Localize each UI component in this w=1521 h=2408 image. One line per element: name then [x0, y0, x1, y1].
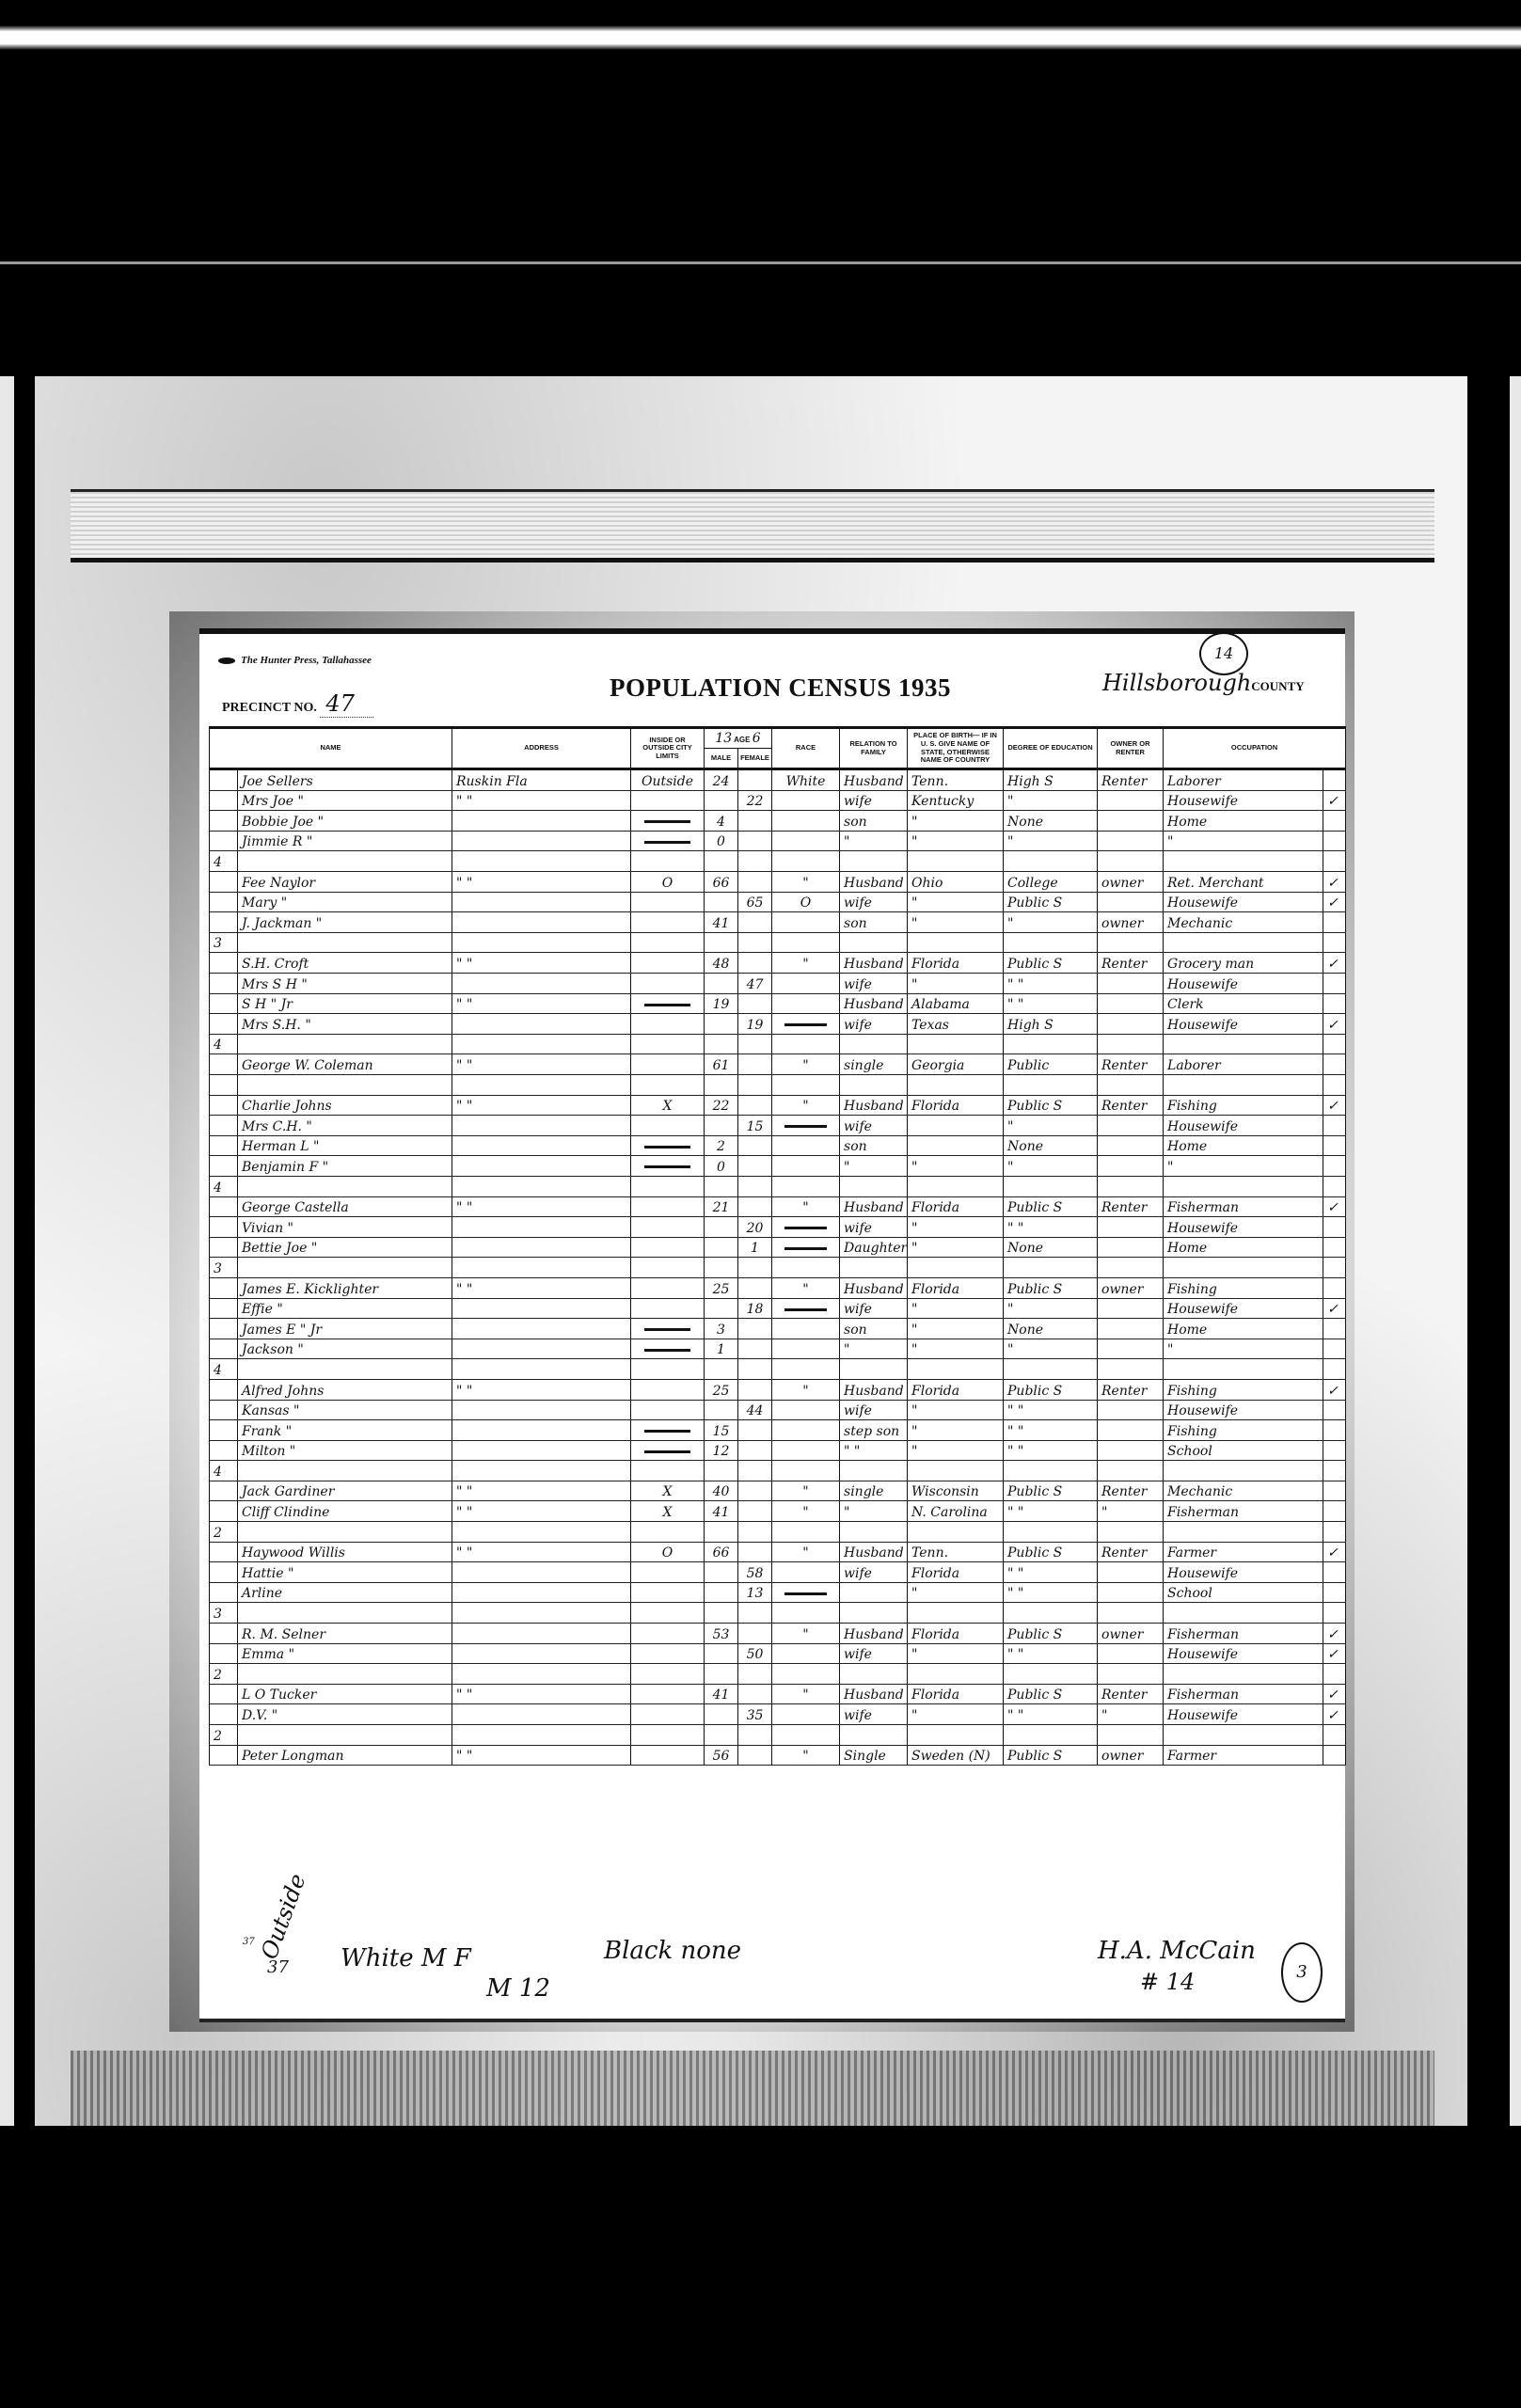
occupation: Fishing	[1164, 1420, 1323, 1441]
relation: Husband	[840, 993, 908, 1014]
occupation: Grocery man	[1164, 953, 1323, 974]
occupation: Housewife	[1164, 1298, 1323, 1319]
person-name: Jackson "	[238, 1339, 452, 1359]
address	[452, 1339, 631, 1359]
dash-mark	[784, 1592, 826, 1595]
education: Public S	[1004, 1379, 1098, 1400]
race	[772, 932, 840, 953]
birthplace: Wisconsin	[908, 1481, 1004, 1501]
family-size	[210, 1135, 238, 1156]
race	[772, 1562, 840, 1583]
age-female	[738, 1461, 772, 1481]
table-row: Fee Naylor" "O66"HusbandOhioCollegeowner…	[210, 872, 1346, 893]
dash-mark	[644, 1430, 689, 1433]
table-row: Bettie Joe "1Daughter"NoneHome	[210, 1237, 1346, 1258]
address	[452, 811, 631, 832]
check-mark-icon	[1323, 1135, 1346, 1156]
person-name: L O Tucker	[238, 1684, 452, 1704]
education: "	[1004, 831, 1098, 851]
address: " "	[452, 1095, 631, 1116]
family-size	[210, 993, 238, 1014]
race	[772, 1135, 840, 1156]
census-sheet: The Hunter Press, Tallahassee PRECINCT N…	[199, 628, 1345, 2019]
education: Public S	[1004, 1745, 1098, 1766]
col-header-male: Male	[705, 749, 738, 769]
table-row: Mrs C.H. "15wife"Housewife	[210, 1116, 1346, 1136]
table-row: Arline13"" "School	[210, 1582, 1346, 1603]
city-limits	[631, 1196, 705, 1217]
relation: step son	[840, 1420, 908, 1441]
family-size: 2	[210, 1522, 238, 1543]
education: High S	[1004, 1014, 1098, 1035]
relation: Single	[840, 1745, 908, 1766]
age-male	[705, 1359, 738, 1380]
table-row: Jimmie R "0""""	[210, 831, 1346, 851]
race: "	[772, 1196, 840, 1217]
footer-black-tally: Black none	[604, 1937, 741, 1965]
education	[1004, 1725, 1098, 1746]
race	[772, 851, 840, 872]
occupation	[1164, 1258, 1323, 1278]
education: " "	[1004, 1643, 1098, 1664]
birthplace: Florida	[908, 1379, 1004, 1400]
age-female	[738, 1379, 772, 1400]
person-name: James E " Jr	[238, 1319, 452, 1339]
birthplace: "	[908, 1582, 1004, 1603]
check-mark-icon	[1323, 1582, 1346, 1603]
city-limits: X	[631, 1501, 705, 1522]
occupation: Laborer	[1164, 1054, 1323, 1075]
owner-renter	[1098, 1176, 1164, 1196]
person-name: Effie "	[238, 1298, 452, 1319]
birthplace: "	[908, 1298, 1004, 1319]
race: "	[772, 1054, 840, 1075]
table-row: 4	[210, 1034, 1346, 1054]
address: " "	[452, 872, 631, 893]
birthplace: Tenn.	[908, 769, 1004, 791]
education: Public S	[1004, 1095, 1098, 1116]
owner-renter: Renter	[1098, 1379, 1164, 1400]
race	[772, 1664, 840, 1685]
race: "	[772, 1684, 840, 1704]
check-mark-icon	[1323, 1237, 1346, 1258]
owner-renter	[1098, 1014, 1164, 1035]
check-mark-icon: ✓	[1323, 1298, 1346, 1319]
birthplace: Texas	[908, 1014, 1004, 1035]
relation: wife	[840, 1400, 908, 1420]
check-mark-icon	[1323, 1217, 1346, 1238]
address	[452, 1725, 631, 1746]
age-label: Age	[734, 736, 750, 744]
family-size	[210, 1075, 238, 1096]
age-male: 25	[705, 1277, 738, 1298]
table-row: 3	[210, 1258, 1346, 1278]
family-size	[210, 1501, 238, 1522]
education: "	[1004, 1339, 1098, 1359]
race: "	[772, 1379, 840, 1400]
owner-renter	[1098, 892, 1164, 912]
check-mark-icon: ✓	[1323, 790, 1346, 811]
age-female	[738, 1725, 772, 1746]
occupation: Housewife	[1164, 1643, 1323, 1664]
page-title: POPULATION CENSUS 1935	[610, 673, 951, 703]
occupation: School	[1164, 1440, 1323, 1461]
age-female	[738, 1176, 772, 1196]
occupation: Fisherman	[1164, 1501, 1323, 1522]
dash-mark	[784, 1247, 826, 1250]
city-limits	[631, 1277, 705, 1298]
person-name: Mrs S.H. "	[238, 1014, 452, 1035]
city-limits	[631, 1217, 705, 1238]
age-male: 41	[705, 912, 738, 933]
education: " "	[1004, 1562, 1098, 1583]
address	[452, 1298, 631, 1319]
city-limits	[631, 1643, 705, 1664]
owner-renter	[1098, 1075, 1164, 1096]
relation	[840, 1522, 908, 1543]
city-limits	[631, 811, 705, 832]
person-name: Bettie Joe "	[238, 1237, 452, 1258]
occupation: Housewife	[1164, 1014, 1323, 1035]
sheet-circle-mark: 14	[1199, 632, 1248, 675]
address: " "	[452, 1481, 631, 1501]
race	[772, 1339, 840, 1359]
education: "	[1004, 1116, 1098, 1136]
family-size: 4	[210, 1461, 238, 1481]
check-mark-icon	[1323, 831, 1346, 851]
person-name: Milton "	[238, 1440, 452, 1461]
family-size	[210, 811, 238, 832]
city-limits	[631, 851, 705, 872]
education: "	[1004, 1298, 1098, 1319]
birthplace: "	[908, 811, 1004, 832]
owner-renter	[1098, 1664, 1164, 1685]
city-limits	[631, 1440, 705, 1461]
birthplace: Sweden (N)	[908, 1745, 1004, 1766]
check-mark-icon: ✓	[1323, 872, 1346, 893]
person-name: Herman L "	[238, 1135, 452, 1156]
table-row: Herman L "2sonNoneHome	[210, 1135, 1346, 1156]
film-bottom-margin	[0, 2276, 1521, 2408]
owner-renter	[1098, 1400, 1164, 1420]
family-size	[210, 1684, 238, 1704]
person-name: J. Jackman "	[238, 912, 452, 933]
table-row: Cliff Clindine" "X41""N. Carolina" ""Fis…	[210, 1501, 1346, 1522]
age-female: 19	[738, 1014, 772, 1035]
check-mark-icon: ✓	[1323, 1095, 1346, 1116]
race	[772, 1156, 840, 1177]
city-limits	[631, 1522, 705, 1543]
check-mark-icon	[1323, 1319, 1346, 1339]
relation: Husband	[840, 1624, 908, 1644]
race	[772, 1359, 840, 1380]
race	[772, 1116, 840, 1136]
table-row: 3	[210, 1603, 1346, 1624]
race	[772, 1582, 840, 1603]
table-row: Charlie Johns" "X22"HusbandFloridaPublic…	[210, 1095, 1346, 1116]
occupation: Housewife	[1164, 1400, 1323, 1420]
age-female	[738, 1339, 772, 1359]
precinct-field: PRECINCT NO. 47	[222, 690, 373, 717]
check-mark-icon: ✓	[1323, 1704, 1346, 1725]
birthplace: "	[908, 1420, 1004, 1441]
person-name: Charlie Johns	[238, 1095, 452, 1116]
check-mark-icon	[1323, 1664, 1346, 1685]
age-female	[738, 851, 772, 872]
city-limits	[631, 1258, 705, 1278]
col-header-age: 13 Age 6	[705, 728, 772, 749]
birthplace	[908, 1258, 1004, 1278]
family-size	[210, 1298, 238, 1319]
age-male: 61	[705, 1054, 738, 1075]
occupation: Laborer	[1164, 769, 1323, 791]
family-size: 3	[210, 1258, 238, 1278]
address	[452, 1603, 631, 1624]
address: " "	[452, 993, 631, 1014]
table-row: Emma "50wife"" "Housewife✓	[210, 1643, 1346, 1664]
birthplace: "	[908, 892, 1004, 912]
person-name: Mary "	[238, 892, 452, 912]
education: " "	[1004, 1501, 1098, 1522]
family-size: 3	[210, 1603, 238, 1624]
race: "	[772, 1542, 840, 1562]
address: " "	[452, 1054, 631, 1075]
age-female	[738, 872, 772, 893]
race	[772, 1319, 840, 1339]
birthplace	[908, 1176, 1004, 1196]
footer-circle-mark: 3	[1281, 1942, 1323, 2003]
race	[772, 974, 840, 994]
birthplace: Florida	[908, 1277, 1004, 1298]
person-name	[238, 1522, 452, 1543]
table-row: J. Jackman "41son""ownerMechanic	[210, 912, 1346, 933]
family-size	[210, 769, 238, 791]
age-female: 13	[738, 1582, 772, 1603]
birthplace	[908, 1522, 1004, 1543]
occupation: Home	[1164, 1135, 1323, 1156]
table-row: Effie "18wife""Housewife✓	[210, 1298, 1346, 1319]
person-name: Kansas "	[238, 1400, 452, 1420]
person-name: S.H. Croft	[238, 953, 452, 974]
occupation: Fisherman	[1164, 1624, 1323, 1644]
age-female	[738, 1258, 772, 1278]
race	[772, 1704, 840, 1725]
check-mark-icon	[1323, 769, 1346, 791]
relation	[840, 1582, 908, 1603]
age-male	[705, 1400, 738, 1420]
city-limits	[631, 1176, 705, 1196]
address: " "	[452, 1501, 631, 1522]
address	[452, 1624, 631, 1644]
family-size	[210, 1014, 238, 1035]
occupation	[1164, 851, 1323, 872]
address: " "	[452, 1196, 631, 1217]
col-header-occupation: Occupation	[1164, 728, 1346, 769]
address	[452, 1582, 631, 1603]
owner-renter	[1098, 1603, 1164, 1624]
age-female	[738, 1603, 772, 1624]
owner-renter	[1098, 1643, 1164, 1664]
city-limits	[631, 1704, 705, 1725]
race	[772, 1603, 840, 1624]
check-mark-icon	[1323, 1420, 1346, 1441]
age-female	[738, 1075, 772, 1096]
enumerator-number: # 14	[1140, 1969, 1195, 1995]
occupation	[1164, 1664, 1323, 1685]
check-mark-icon	[1323, 1603, 1346, 1624]
binder-bottom-band	[71, 2051, 1434, 2126]
dash-mark	[644, 1349, 689, 1352]
address	[452, 1461, 631, 1481]
occupation: Housewife	[1164, 1116, 1323, 1136]
check-mark-icon	[1323, 1440, 1346, 1461]
person-name: Cliff Clindine	[238, 1501, 452, 1522]
owner-renter: Renter	[1098, 953, 1164, 974]
education	[1004, 1034, 1098, 1054]
race: White	[772, 769, 840, 791]
family-size	[210, 1237, 238, 1258]
education	[1004, 1522, 1098, 1543]
family-size: 2	[210, 1725, 238, 1746]
person-name: Jimmie R "	[238, 831, 452, 851]
relation	[840, 1034, 908, 1054]
age-male: 48	[705, 953, 738, 974]
address: " "	[452, 790, 631, 811]
occupation	[1164, 1522, 1323, 1543]
check-mark-icon	[1323, 1400, 1346, 1420]
age-male	[705, 851, 738, 872]
table-row: D.V. "35wife"" ""Housewife✓	[210, 1704, 1346, 1725]
city-limits	[631, 1014, 705, 1035]
relation: Husband	[840, 1277, 908, 1298]
owner-renter: Renter	[1098, 769, 1164, 791]
person-name: James E. Kicklighter	[238, 1277, 452, 1298]
age-female	[738, 1624, 772, 1644]
city-limits	[631, 1135, 705, 1156]
check-mark-icon	[1323, 1075, 1346, 1096]
relation: Husband	[840, 953, 908, 974]
age-male: 56	[705, 1745, 738, 1766]
person-name	[238, 1359, 452, 1380]
race: "	[772, 1481, 840, 1501]
education	[1004, 1359, 1098, 1380]
person-name: Bobbie Joe "	[238, 811, 452, 832]
check-mark-icon	[1323, 851, 1346, 872]
footer-small-number: 37	[243, 1937, 255, 1947]
city-limits	[631, 1298, 705, 1319]
race	[772, 831, 840, 851]
city-limits: X	[631, 1095, 705, 1116]
check-mark-icon	[1323, 932, 1346, 953]
address	[452, 851, 631, 872]
city-limits	[631, 1624, 705, 1644]
city-limits	[631, 1684, 705, 1704]
age-male	[705, 1237, 738, 1258]
check-mark-icon	[1323, 1339, 1346, 1359]
age-male	[705, 1603, 738, 1624]
age-male	[705, 1562, 738, 1583]
family-size: 4	[210, 1359, 238, 1380]
family-size	[210, 1582, 238, 1603]
family-size	[210, 892, 238, 912]
footer-annotations: 37 Outside 37 White M F M 12 Black none …	[199, 1937, 1345, 2012]
person-name	[238, 1461, 452, 1481]
address	[452, 1643, 631, 1664]
relation	[840, 1258, 908, 1278]
city-limits	[631, 1379, 705, 1400]
dash-mark	[784, 1308, 826, 1311]
owner-renter	[1098, 1440, 1164, 1461]
address: Ruskin Fla	[452, 769, 631, 791]
city-limits	[631, 1420, 705, 1441]
race	[772, 1217, 840, 1238]
birthplace: "	[908, 1319, 1004, 1339]
birthplace: Ohio	[908, 872, 1004, 893]
family-size	[210, 1116, 238, 1136]
city-limits	[631, 912, 705, 933]
occupation: Housewife	[1164, 892, 1323, 912]
relation	[840, 1176, 908, 1196]
person-name: Emma "	[238, 1643, 452, 1664]
occupation: Ret. Merchant	[1164, 872, 1323, 893]
birthplace: "	[908, 1704, 1004, 1725]
check-mark-icon: ✓	[1323, 953, 1346, 974]
col-header-limits: Inside or Outside City Limits	[631, 728, 705, 769]
age-female	[738, 1481, 772, 1501]
education: None	[1004, 811, 1098, 832]
age-male: 0	[705, 831, 738, 851]
relation	[840, 1725, 908, 1746]
check-mark-icon	[1323, 1725, 1346, 1746]
person-name: Jack Gardiner	[238, 1481, 452, 1501]
check-mark-icon: ✓	[1323, 1542, 1346, 1562]
family-size: 4	[210, 1034, 238, 1054]
age-male	[705, 892, 738, 912]
printer-name: The Hunter Press, Tallahassee	[241, 655, 372, 666]
owner-renter	[1098, 1298, 1164, 1319]
birthplace: Florida	[908, 1562, 1004, 1583]
race	[772, 1014, 840, 1035]
age-male: 1	[705, 1339, 738, 1359]
relation: wife	[840, 1704, 908, 1725]
address	[452, 1400, 631, 1420]
person-name	[238, 1075, 452, 1096]
city-limits	[631, 1562, 705, 1583]
race	[772, 1725, 840, 1746]
race	[772, 1034, 840, 1054]
family-size	[210, 1379, 238, 1400]
occupation: Fishing	[1164, 1095, 1323, 1116]
table-row: Vivian "20wife"" "Housewife	[210, 1217, 1346, 1238]
county-label: COUNTY	[1251, 679, 1304, 693]
birthplace: "	[908, 1156, 1004, 1177]
family-size	[210, 1339, 238, 1359]
occupation: School	[1164, 1582, 1323, 1603]
age-female	[738, 1440, 772, 1461]
age-male	[705, 1582, 738, 1603]
owner-renter	[1098, 1319, 1164, 1339]
table-row: Jackson "1""""	[210, 1339, 1346, 1359]
person-name: Joe Sellers	[238, 769, 452, 791]
check-mark-icon	[1323, 1156, 1346, 1177]
age-female	[738, 1522, 772, 1543]
relation: wife	[840, 1217, 908, 1238]
relation	[840, 851, 908, 872]
race	[772, 1643, 840, 1664]
person-name: S H " Jr	[238, 993, 452, 1014]
race	[772, 1258, 840, 1278]
age-male	[705, 1217, 738, 1238]
